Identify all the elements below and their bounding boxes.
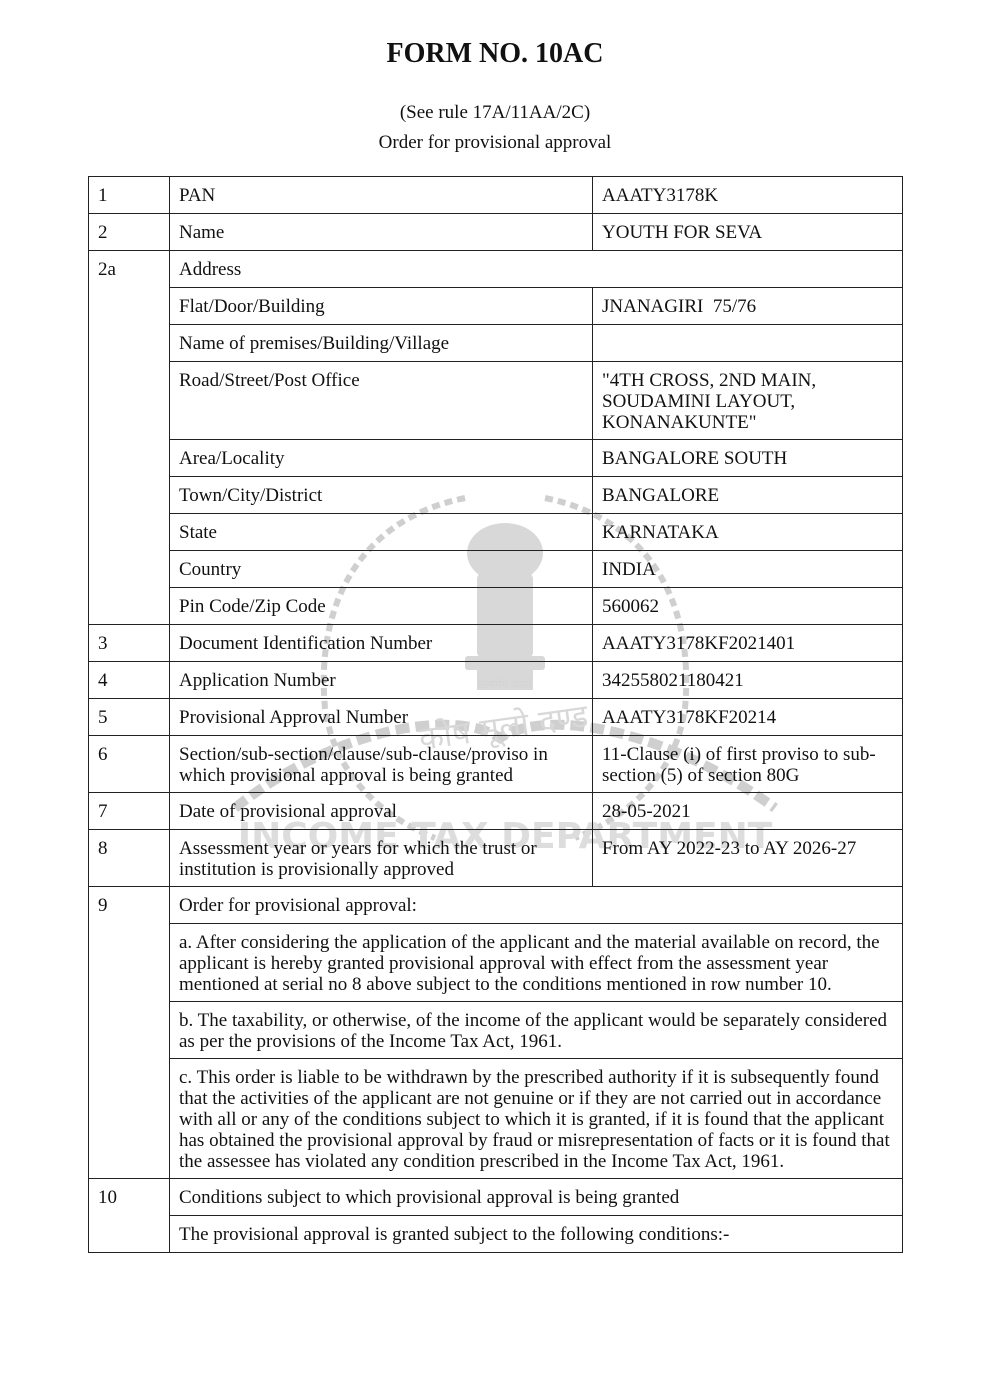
date-value: 28-05-2021 bbox=[593, 793, 903, 830]
field-label: PAN bbox=[170, 177, 593, 214]
field-label: Name bbox=[170, 214, 593, 251]
field-label: Application Number bbox=[170, 662, 593, 699]
din-value: AAATY3178KF2021401 bbox=[593, 625, 903, 662]
row-number: 7 bbox=[89, 793, 170, 830]
table-row: c. This order is liable to be withdrawn … bbox=[89, 1059, 903, 1179]
order-clause-b: b. The taxability, or otherwise, of the … bbox=[170, 1002, 903, 1059]
table-row: The provisional approval is granted subj… bbox=[89, 1216, 903, 1253]
table-row: Name of premises/Building/Village bbox=[89, 325, 903, 362]
table-row: 7 Date of provisional approval 28-05-202… bbox=[89, 793, 903, 830]
field-label: Road/Street/Post Office bbox=[170, 362, 593, 440]
road-value: "4TH CROSS, 2ND MAIN, SOUDAMINI LAYOUT, … bbox=[593, 362, 903, 440]
field-label: Date of provisional approval bbox=[170, 793, 593, 830]
row-number: 3 bbox=[89, 625, 170, 662]
field-label: Section/sub-section/clause/sub-clause/pr… bbox=[170, 736, 593, 793]
table-row: Flat/Door/Building JNANAGIRI 75/76 bbox=[89, 288, 903, 325]
section-label: Address bbox=[170, 251, 903, 288]
table-row: 1 PAN AAATY3178K bbox=[89, 177, 903, 214]
order-clause-a: a. After considering the application of … bbox=[170, 924, 903, 1002]
section-label: Order for provisional approval: bbox=[170, 887, 903, 924]
area-value: BANGALORE SOUTH bbox=[593, 440, 903, 477]
rule-reference: (See rule 17A/11AA/2C) bbox=[0, 102, 990, 124]
table-row: Country INDIA bbox=[89, 551, 903, 588]
table-row: Pin Code/Zip Code 560062 bbox=[89, 588, 903, 625]
field-label: Country bbox=[170, 551, 593, 588]
section-value: 11-Clause (i) of first proviso to sub-se… bbox=[593, 736, 903, 793]
field-label: Pin Code/Zip Code bbox=[170, 588, 593, 625]
table-row: 8 Assessment year or years for which the… bbox=[89, 830, 903, 887]
table-row: 4 Application Number 342558021180421 bbox=[89, 662, 903, 699]
row-number: 9 bbox=[89, 887, 170, 1179]
table-row: Town/City/District BANGALORE bbox=[89, 477, 903, 514]
row-number: 2 bbox=[89, 214, 170, 251]
table-row: Road/Street/Post Office "4TH CROSS, 2ND … bbox=[89, 362, 903, 440]
field-label: Name of premises/Building/Village bbox=[170, 325, 593, 362]
row-number: 5 bbox=[89, 699, 170, 736]
premises-value bbox=[593, 325, 903, 362]
approval-form-table: 1 PAN AAATY3178K 2 Name YOUTH FOR SEVA 2… bbox=[88, 176, 903, 1253]
table-row: 2a Address bbox=[89, 251, 903, 288]
row-number: 6 bbox=[89, 736, 170, 793]
field-label: Provisional Approval Number bbox=[170, 699, 593, 736]
form-subtitle: Order for provisional approval bbox=[0, 132, 990, 154]
table-row: State KARNATAKA bbox=[89, 514, 903, 551]
section-label: Conditions subject to which provisional … bbox=[170, 1179, 903, 1216]
country-value: INDIA bbox=[593, 551, 903, 588]
field-label: Town/City/District bbox=[170, 477, 593, 514]
name-value: YOUTH FOR SEVA bbox=[593, 214, 903, 251]
row-number: 4 bbox=[89, 662, 170, 699]
field-label: Area/Locality bbox=[170, 440, 593, 477]
pin-value: 560062 bbox=[593, 588, 903, 625]
table-row: 5 Provisional Approval Number AAATY3178K… bbox=[89, 699, 903, 736]
field-label: Document Identification Number bbox=[170, 625, 593, 662]
table-row: 6 Section/sub-section/clause/sub-clause/… bbox=[89, 736, 903, 793]
row-number: 2a bbox=[89, 251, 170, 625]
row-number: 10 bbox=[89, 1179, 170, 1253]
table-row: 3 Document Identification Number AAATY31… bbox=[89, 625, 903, 662]
pan-value: AAATY3178K bbox=[593, 177, 903, 214]
table-row: Area/Locality BANGALORE SOUTH bbox=[89, 440, 903, 477]
approval-number-value: AAATY3178KF20214 bbox=[593, 699, 903, 736]
table-row: 2 Name YOUTH FOR SEVA bbox=[89, 214, 903, 251]
table-row: a. After considering the application of … bbox=[89, 924, 903, 1002]
form-title: FORM NO. 10AC bbox=[0, 38, 990, 70]
table-row: 9 Order for provisional approval: bbox=[89, 887, 903, 924]
table-row: b. The taxability, or otherwise, of the … bbox=[89, 1002, 903, 1059]
field-label: Assessment year or years for which the t… bbox=[170, 830, 593, 887]
row-number: 8 bbox=[89, 830, 170, 887]
application-value: 342558021180421 bbox=[593, 662, 903, 699]
conditions-intro: The provisional approval is granted subj… bbox=[170, 1216, 903, 1253]
ay-value: From AY 2022-23 to AY 2026-27 bbox=[593, 830, 903, 887]
state-value: KARNATAKA bbox=[593, 514, 903, 551]
row-number: 1 bbox=[89, 177, 170, 214]
town-value: BANGALORE bbox=[593, 477, 903, 514]
field-label: State bbox=[170, 514, 593, 551]
order-clause-c: c. This order is liable to be withdrawn … bbox=[170, 1059, 903, 1179]
flat-value: JNANAGIRI 75/76 bbox=[593, 288, 903, 325]
table-row: 10 Conditions subject to which provision… bbox=[89, 1179, 903, 1216]
field-label: Flat/Door/Building bbox=[170, 288, 593, 325]
